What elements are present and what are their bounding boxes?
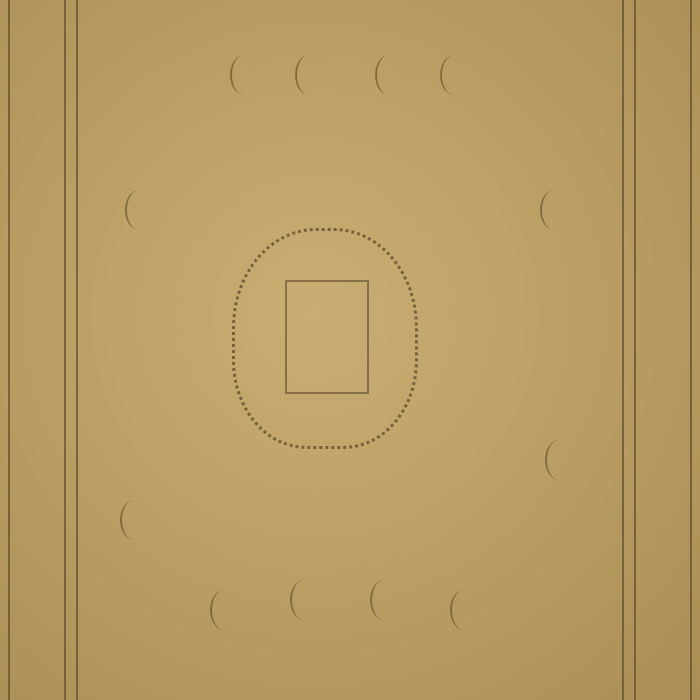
border-line-right-inner-2 xyxy=(634,0,636,700)
floral-motif xyxy=(120,500,148,540)
floral-motif xyxy=(540,190,568,230)
floral-motif xyxy=(370,580,398,620)
medallion-core xyxy=(285,280,369,394)
floral-motif xyxy=(440,55,468,95)
floral-motif xyxy=(230,55,258,95)
floral-motif xyxy=(450,590,478,630)
floral-motif xyxy=(125,190,153,230)
border-line-left-inner-2 xyxy=(76,0,78,700)
rug-photo xyxy=(0,0,700,700)
border-line-left-outer xyxy=(8,0,10,700)
floral-motif xyxy=(545,440,573,480)
floral-motif xyxy=(375,55,403,95)
floral-motif xyxy=(290,580,318,620)
border-line-left-inner-1 xyxy=(64,0,66,700)
floral-motif xyxy=(295,55,323,95)
border-line-right-outer xyxy=(690,0,692,700)
border-line-right-inner-1 xyxy=(622,0,624,700)
floral-motif xyxy=(210,590,238,630)
